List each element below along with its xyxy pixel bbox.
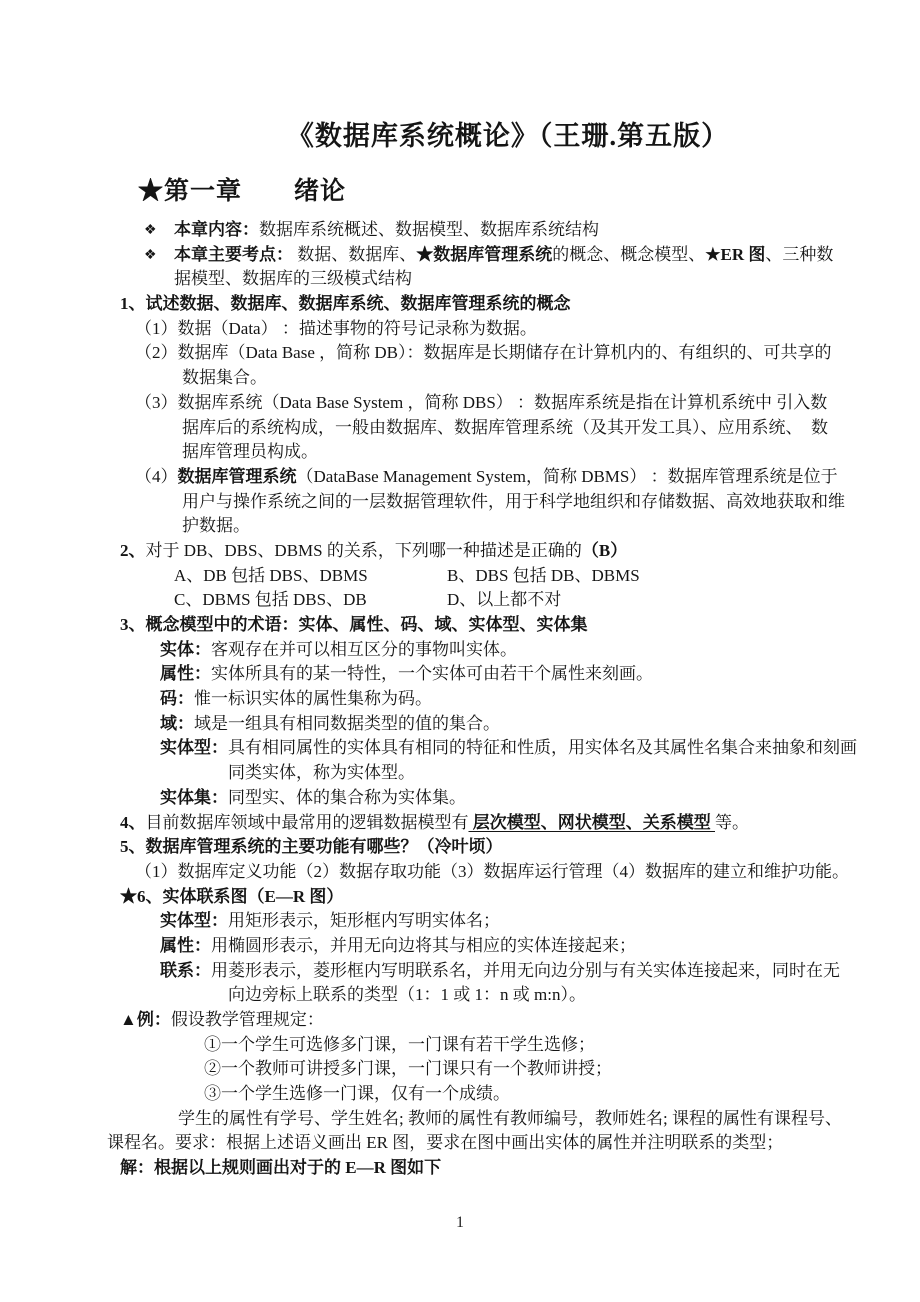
doc-line: 据模型、数据库的三级模式结构 [0,267,920,292]
text-segment: ★数据库管理系统 [416,245,552,264]
text-segment: 层次模型、网状模型、关系模型 [469,813,716,832]
doc-line: 5、数据库管理系统的主要功能有哪些？（冷叶顷） [0,835,920,860]
text-segment: （3）数据库系统（Data Base System ，简称 DBS） ：数据库系… [135,393,827,412]
text-segment: 同类实体，称为实体型。 [228,763,415,782]
text-segment: （2）数据库（Data Base ，简称 DB）：数据库是长期储存在计算机内的、… [135,343,832,362]
text-segment: 实体： [160,640,211,659]
text-segment: ★6、实体联系图（E—R 图） [120,887,343,906]
text-segment: 用菱形表示，菱形框内写明联系名，并用无向边分别与有关实体连接起来，同时在无 [211,961,840,980]
text-segment: B、DBS 包括 DB、DBMS [447,564,640,589]
doc-line: C、DBMS 包括 DBS、DBD、以上都不对 [0,588,920,613]
doc-line: 实体型：用矩形表示，矩形框内写明实体名； [0,909,920,934]
text-segment: （1）数据（Data） ：描述事物的符号记录称为数据。 [135,319,537,338]
document-page: 《数据库系统概论》（王珊.第五版） ★第一章 绪论 ❖本章内容：数据库系统概述、… [0,0,920,1302]
text-segment: 学生的属性有学号、学生姓名; 教师的属性有教师编号，教师姓名; 课程的属性有课程… [178,1109,842,1128]
doc-line: （3）数据库系统（Data Base System ，简称 DBS） ：数据库系… [0,391,920,416]
doc-line: （1）数据（Data） ：描述事物的符号记录称为数据。 [0,317,920,342]
doc-line: 2、对于 DB、DBS、DBMS 的关系，下列哪一种描述是正确的（B） [0,539,920,564]
text-segment: （DataBase Management System，简称 DBMS） ：数据… [297,467,838,486]
doc-line: 解：根据以上规则画出对于的 E—R 图如下 [0,1156,920,1181]
document-title: 《数据库系统概论》（王珊.第五版） [0,0,920,153]
text-segment: 用户与操作系统之间的一层数据管理软件，用于科学地组织和存储数据、高效地获取和维 [182,492,845,511]
document-body: ❖本章内容：数据库系统概述、数据模型、数据库系统结构❖本章主要考点： 数据、数据… [0,218,920,1181]
page-number: 1 [0,1214,920,1232]
diamond-bullet-icon: ❖ [144,244,174,269]
doc-line: （1）数据库定义功能（2）数据存取功能（3）数据库运行管理（4）数据库的建立和维… [0,860,920,885]
diamond-bullet-icon: ❖ [144,219,174,244]
text-segment: 2、 [120,541,146,560]
text-segment: 域： [160,714,194,733]
doc-line: 4、目前数据库领域中最常用的逻辑数据模型有 层次模型、网状模型、关系模型 等。 [0,811,920,836]
text-segment: 的概念、概念模型、 [552,245,705,264]
text-segment: 实体型： [160,738,228,757]
text-segment: ③一个学生选修一门课，仅有一个成绩。 [204,1084,510,1103]
text-segment: 向边旁标上联系的类型（1：1 或 1：n 或 m:n）。 [228,985,586,1004]
doc-line: ★6、实体联系图（E—R 图） [0,885,920,910]
text-segment: 据库管理员构成。 [182,442,318,461]
doc-line: 护数据。 [0,514,920,539]
text-segment: 据模型、数据库的三级模式结构 [174,269,412,288]
text-segment: 具有相同属性的实体具有相同的特征和性质，用实体名及其属性名集合来抽象和刻画 [228,738,857,757]
text-segment: ①一个学生可选修多门课，一门课有若干学生选修； [204,1035,595,1054]
doc-line: 据库后的系统构成，一般由数据库、数据库管理系统（及其开发工具）、应用系统、 数 [0,416,920,441]
text-segment: 属性： [160,664,211,683]
text-segment: 域是一组具有相同数据类型的值的集合。 [194,714,500,733]
text-segment: 数据库系统概述、数据模型、数据库系统结构 [259,220,599,239]
text-segment: 假设教学管理规定： [171,1010,324,1029]
text-segment: 据库后的系统构成，一般由数据库、数据库管理系统（及其开发工具）、应用系统、 数 [182,418,828,437]
doc-line: 码：惟一标识实体的属性集称为码。 [0,687,920,712]
text-segment: D、以上都不对 [447,588,561,613]
doc-line: （4）数据库管理系统（DataBase Management System，简称… [0,465,920,490]
text-segment: 5、数据库管理系统的主要功能有哪些？（冷叶顷） [120,837,503,856]
doc-line: 用户与操作系统之间的一层数据管理软件，用于科学地组织和存储数据、高效地获取和维 [0,490,920,515]
text-segment: 惟一标识实体的属性集称为码。 [194,689,432,708]
doc-line: 属性：实体所具有的某一特性，一个实体可由若干个属性来刻画。 [0,662,920,687]
doc-line: 同类实体，称为实体型。 [0,761,920,786]
doc-line: ▲例：假设教学管理规定： [0,1008,920,1033]
text-segment: 课程名。要求：根据上述语义画出 ER 图，要求在图中画出实体的属性并注明联系的类… [107,1133,783,1152]
doc-line: A、DB 包括 DBS、DBMSB、DBS 包括 DB、DBMS [0,564,920,589]
doc-line: 实体：客观存在并可以相互区分的事物叫实体。 [0,638,920,663]
text-segment: （1）数据库定义功能（2）数据存取功能（3）数据库运行管理（4）数据库的建立和维… [135,862,849,881]
doc-line: 3、概念模型中的术语：实体、属性、码、域、实体型、实体集 [0,613,920,638]
text-segment: 1、试述数据、数据库、数据库系统、数据库管理系统的概念 [120,294,571,313]
text-segment: 实体集： [160,788,228,807]
doc-line: ②一个教师可讲授多门课，一门课只有一个教师讲授； [0,1057,920,1082]
text-segment: 数据库管理系统 [178,467,297,486]
doc-line: ③一个学生选修一门课，仅有一个成绩。 [0,1082,920,1107]
text-segment: 客观存在并可以相互区分的事物叫实体。 [211,640,517,659]
text-segment: 、三种数 [765,245,833,264]
text-segment: 解：根据以上规则画出对于的 E—R 图如下 [120,1158,441,1177]
doc-line: 联系：用菱形表示，菱形框内写明联系名，并用无向边分别与有关实体连接起来，同时在无 [0,959,920,984]
text-segment: 数据集合。 [182,368,267,387]
doc-line: ❖本章内容：数据库系统概述、数据模型、数据库系统结构 [0,218,920,243]
text-segment: 用矩形表示，矩形框内写明实体名； [228,911,500,930]
chapter-heading: ★第一章 绪论 [0,171,920,207]
doc-line: 课程名。要求：根据上述语义画出 ER 图，要求在图中画出实体的属性并注明联系的类… [0,1131,920,1156]
text-segment: ▲例： [120,1010,171,1029]
text-segment: 本章主要考点： [174,245,293,264]
doc-line: 实体型：具有相同属性的实体具有相同的特征和性质，用实体名及其属性名集合来抽象和刻… [0,736,920,761]
doc-line: 学生的属性有学号、学生姓名; 教师的属性有教师编号，教师姓名; 课程的属性有课程… [0,1107,920,1132]
doc-line: 据库管理员构成。 [0,440,920,465]
text-segment: 本章内容： [174,220,259,239]
text-segment: 等。 [715,813,749,832]
text-segment: （4） [135,467,178,486]
doc-line: 向边旁标上联系的类型（1：1 或 1：n 或 m:n）。 [0,983,920,1008]
text-segment: 实体所具有的某一特性，一个实体可由若干个属性来刻画。 [211,664,653,683]
doc-line: 数据集合。 [0,366,920,391]
text-segment: ②一个教师可讲授多门课，一门课只有一个教师讲授； [204,1059,612,1078]
text-segment: 码： [160,689,194,708]
doc-line: 实体集：同型实、体的集合称为实体集。 [0,786,920,811]
doc-line: 1、试述数据、数据库、数据库系统、数据库管理系统的概念 [0,292,920,317]
text-segment: 同型实、体的集合称为实体集。 [228,788,466,807]
text-segment: 实体型： [160,911,228,930]
doc-line: 属性：用椭圆形表示，并用无向边将其与相应的实体连接起来； [0,934,920,959]
doc-line: ①一个学生可选修多门课，一门课有若干学生选修； [0,1033,920,1058]
doc-line: ❖本章主要考点： 数据、数据库、★数据库管理系统的概念、概念模型、★ER 图、三… [0,243,920,268]
text-segment: 护数据。 [182,516,250,535]
text-segment: 用椭圆形表示，并用无向边将其与相应的实体连接起来； [211,936,636,955]
doc-line: 域：域是一组具有相同数据类型的值的集合。 [0,712,920,737]
text-segment: 对于 DB、DBS、DBMS 的关系，下列哪一种描述是正确的 [146,541,582,560]
text-segment: C、DBMS 包括 DBS、DB [174,590,367,609]
text-segment: （B） [582,541,627,560]
text-segment: 4、 [120,813,146,832]
doc-line: （2）数据库（Data Base ，简称 DB）：数据库是长期储存在计算机内的、… [0,341,920,366]
text-segment: 联系： [160,961,211,980]
text-segment: ★ER 图 [705,245,765,264]
text-segment: 数据、数据库、 [293,245,416,264]
text-segment: 3、概念模型中的术语：实体、属性、码、域、实体型、实体集 [120,615,588,634]
text-segment: A、DB 包括 DBS、DBMS [174,566,368,585]
text-segment: 属性： [160,936,211,955]
text-segment: 目前数据库领域中最常用的逻辑数据模型有 [146,813,469,832]
